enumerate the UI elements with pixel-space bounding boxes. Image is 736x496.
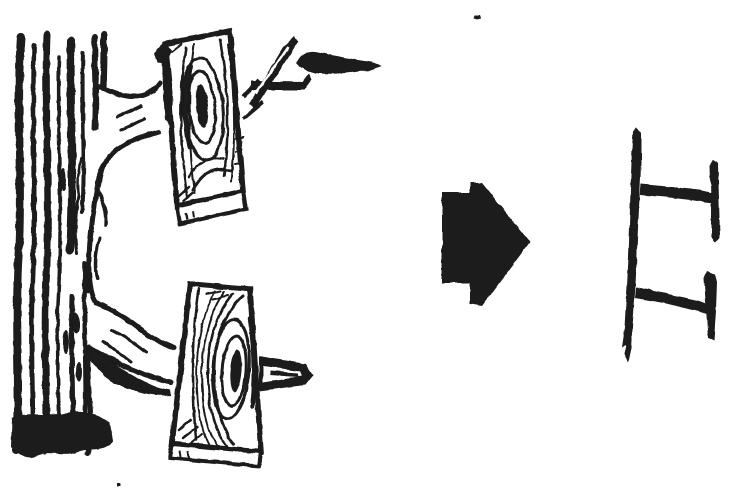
illustration-canvas [0,0,736,496]
branch-tip [259,356,313,391]
character-stem [622,127,641,362]
speck-top [474,15,481,19]
character-upper-bar [710,160,720,242]
character-lower-arm [635,287,711,315]
pictograph-figure [0,0,736,496]
ancient-character [622,127,720,362]
arrow-icon [442,183,530,306]
tree-panel [11,31,382,466]
trunk-outline [88,83,174,454]
character-upper-arm [640,184,713,203]
transform-arrow [442,183,530,306]
character-lower-bar [704,271,717,341]
speck-bottom [117,483,120,486]
branch-fork [243,36,382,119]
